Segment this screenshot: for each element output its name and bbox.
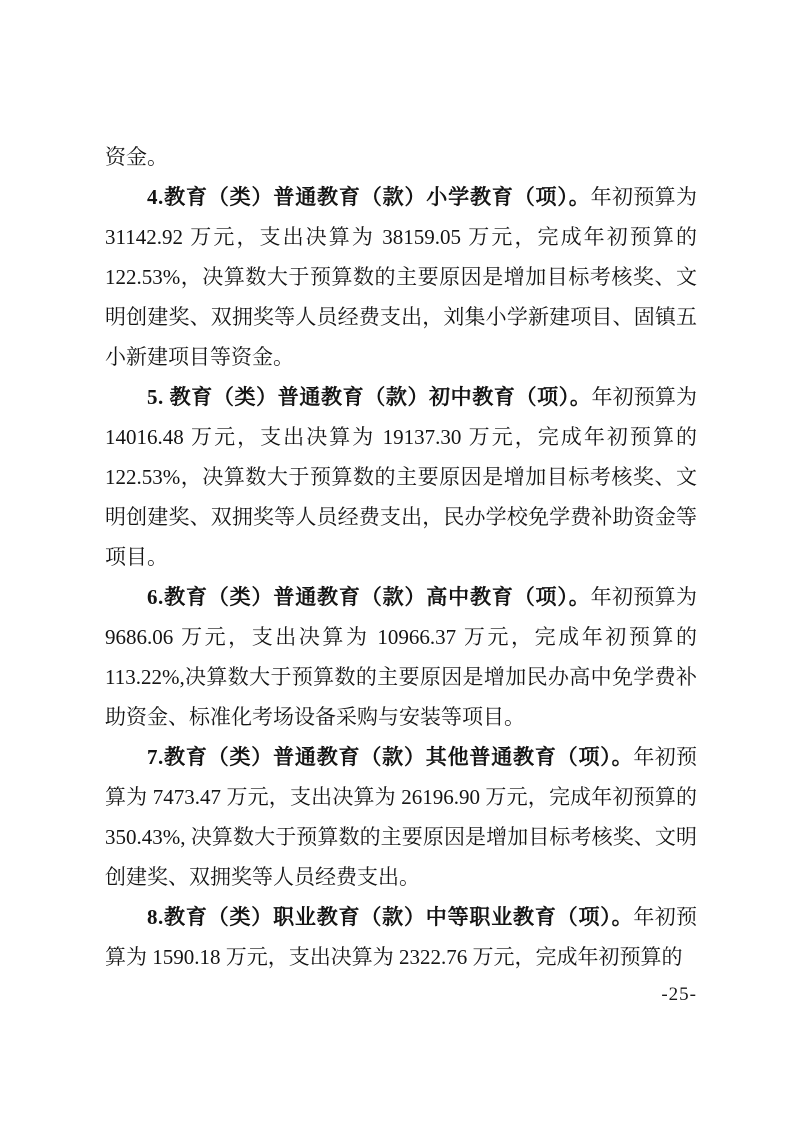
section-4-body: 年初预算为 31142.92 万元，支出决算为 38159.05 万元，完成年初… [105,185,697,369]
section-5-body: 年初预算为 14016.48 万元，支出决算为 19137.30 万元，完成年初… [105,385,697,569]
page-number: -25- [105,984,697,1006]
section-6-heading: 6.教育（类）普通教育（款）高中教育（项）。 [147,585,591,609]
section-5-heading: 5. 教育（类）普通教育（款）初中教育（项）。 [147,385,592,409]
paragraph-section-5: 5. 教育（类）普通教育（款）初中教育（项）。年初预算为 14016.48 万元… [105,377,697,577]
section-4-heading: 4.教育（类）普通教育（款）小学教育（项）。 [147,185,591,209]
paragraph-text: 资金。 [105,145,168,169]
paragraph-section-7: 7.教育（类）普通教育（款）其他普通教育（项）。年初预算为 7473.47 万元… [105,737,697,897]
paragraph-section-4: 4.教育（类）普通教育（款）小学教育（项）。年初预算为 31142.92 万元，… [105,177,697,377]
paragraph-section-8: 8.教育（类）职业教育（款）中等职业教育（项）。年初预算为 1590.18 万元… [105,897,697,977]
section-7-heading: 7.教育（类）普通教育（款）其他普通教育（项）。 [147,745,633,769]
paragraph-section-6: 6.教育（类）普通教育（款）高中教育（项）。年初预算为 9686.06 万元，支… [105,577,697,737]
document-page: 资金。 4.教育（类）普通教育（款）小学教育（项）。年初预算为 31142.92… [0,0,793,1122]
paragraph-continuation: 资金。 [105,137,697,177]
document-body: 资金。 4.教育（类）普通教育（款）小学教育（项）。年初预算为 31142.92… [105,137,697,977]
section-8-heading: 8.教育（类）职业教育（款）中等职业教育（项）。 [147,905,633,929]
